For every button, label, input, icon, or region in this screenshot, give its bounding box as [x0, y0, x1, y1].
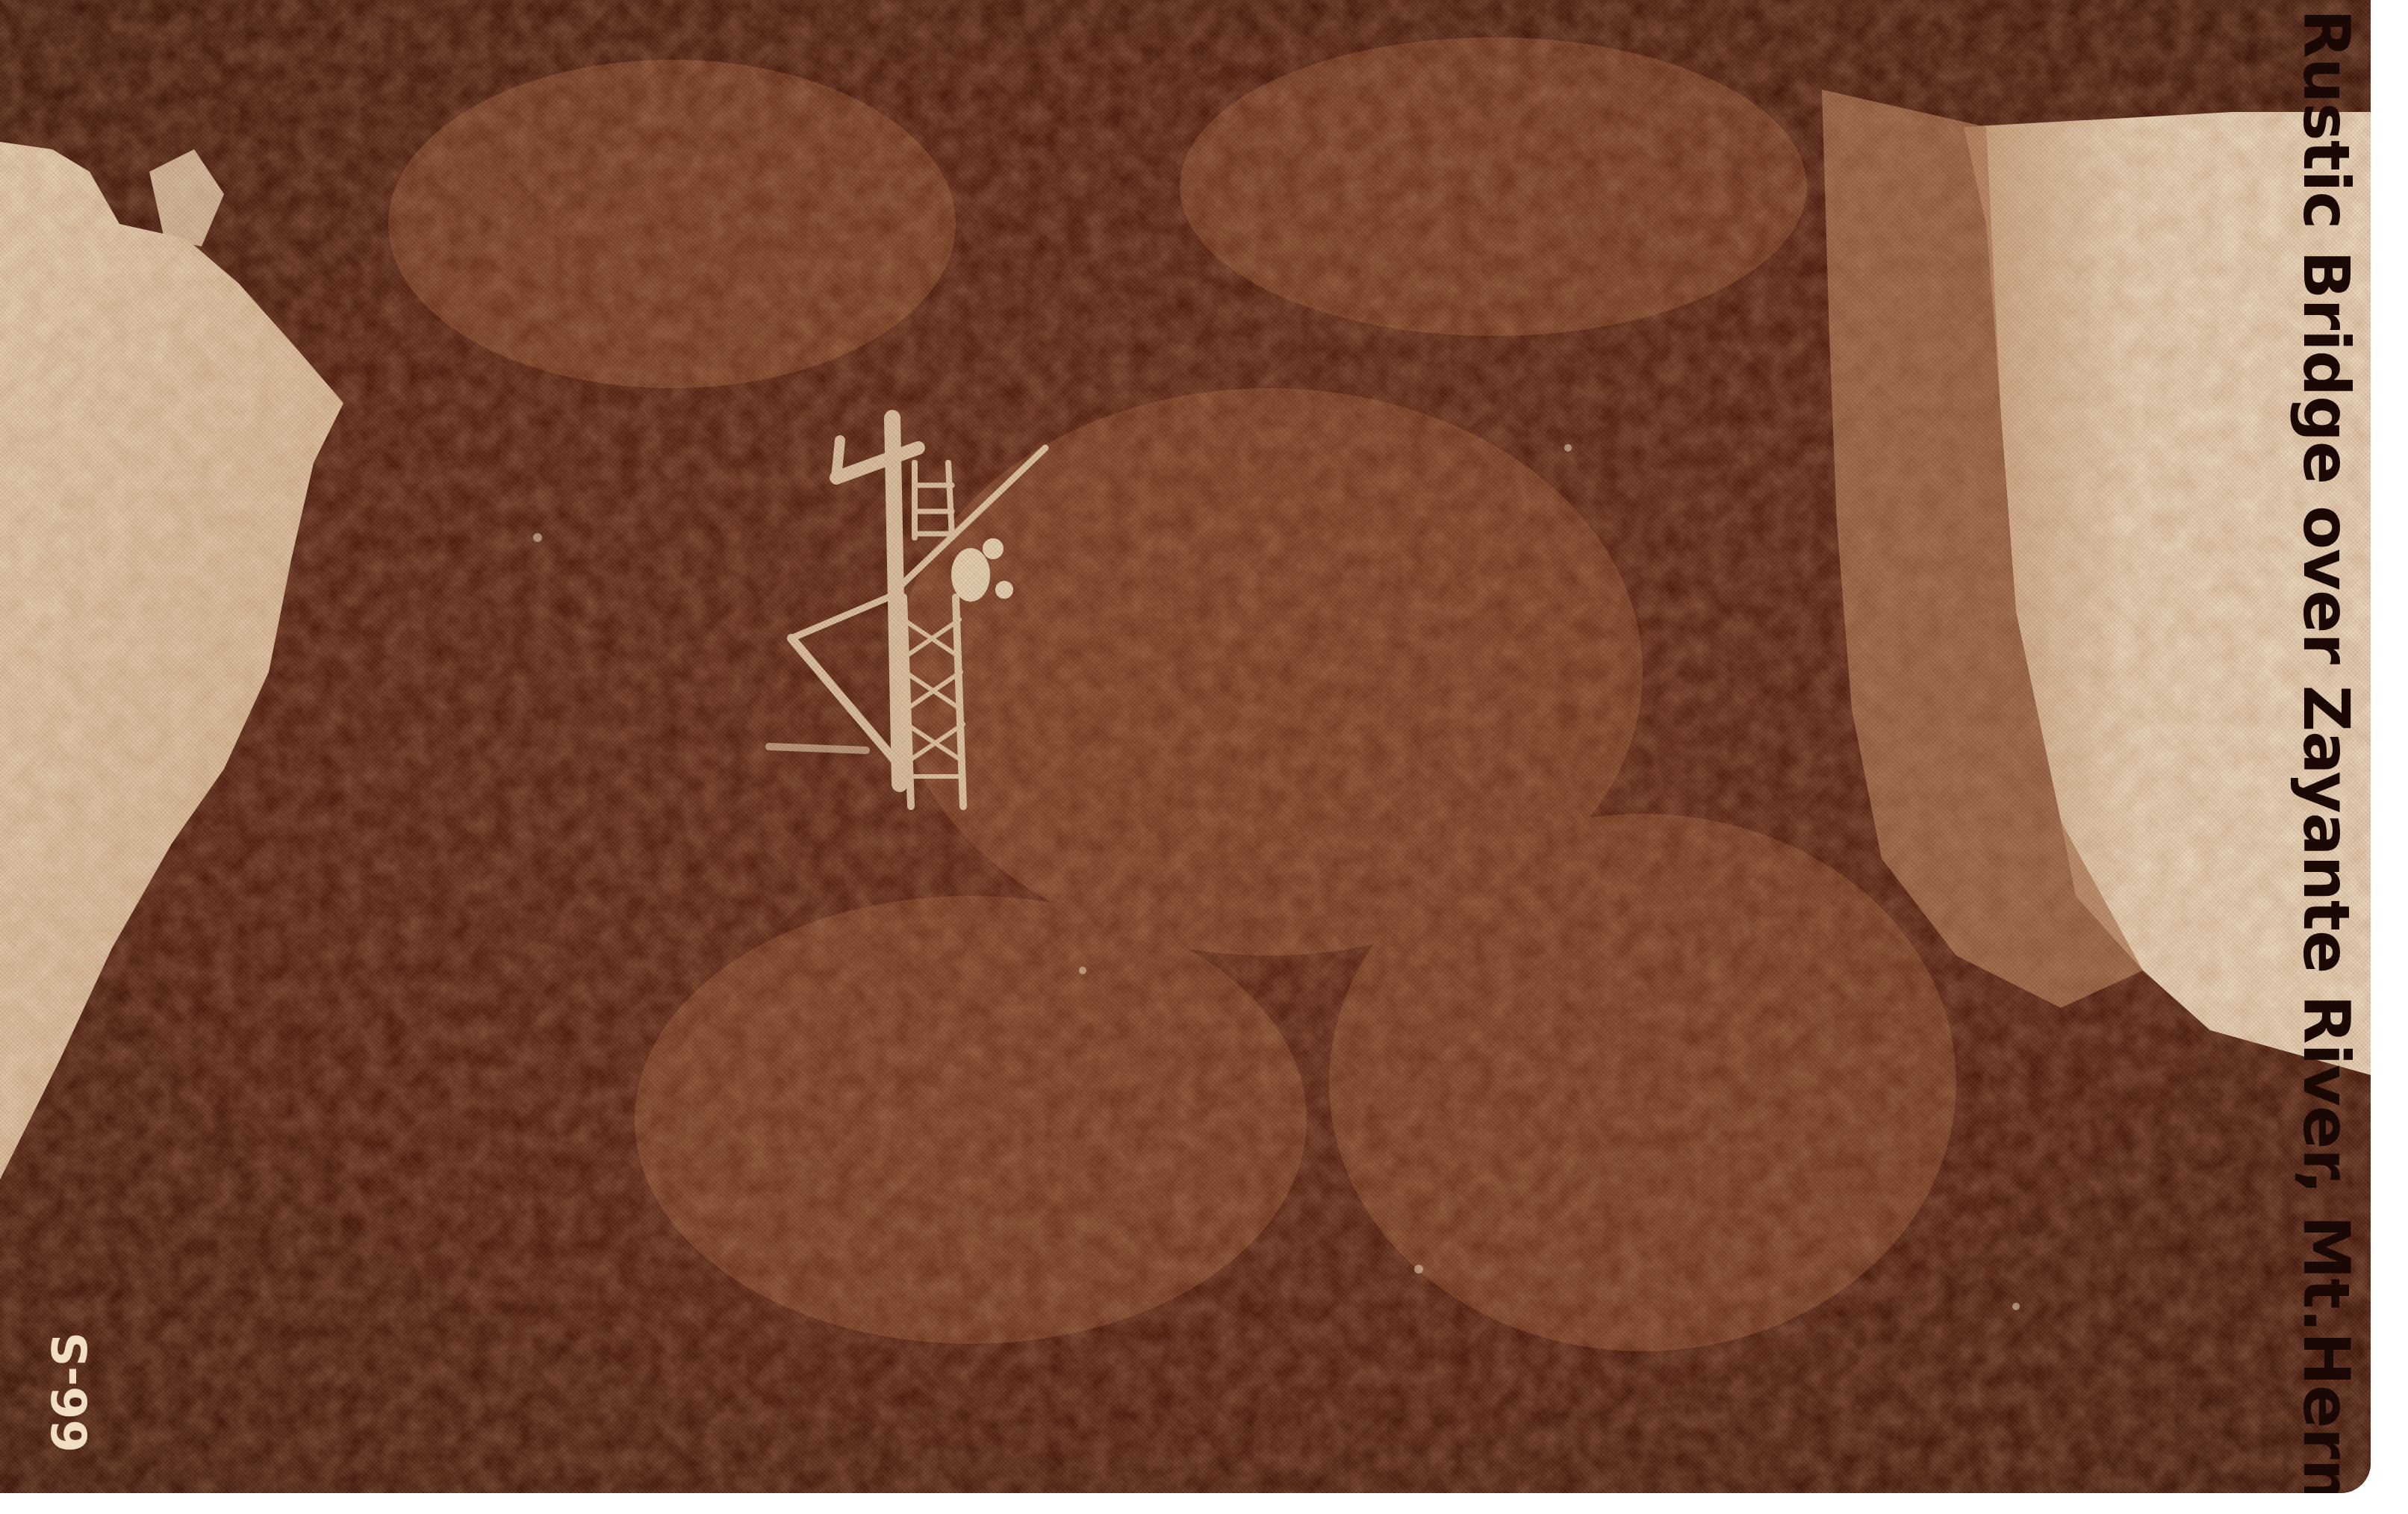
postcard-code: 66-S: [41, 1318, 101, 1467]
postcard: Rustic Bridge over Zayante River, Mt.Her…: [0, 0, 2371, 1493]
postcard-caption: Rustic Bridge over Zayante River, Mt.Her…: [2285, 0, 2367, 1493]
scanned-postcard: Rustic Bridge over Zayante River, Mt.Her…: [0, 0, 2408, 1514]
sepia-photograph: [0, 0, 2371, 1493]
